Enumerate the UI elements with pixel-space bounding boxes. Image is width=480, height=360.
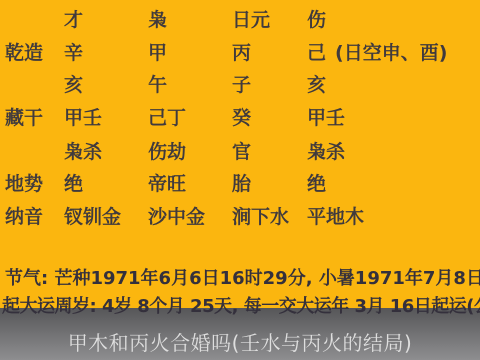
day-branch: 子: [232, 74, 307, 96]
row-label-qianzao: 乾造: [5, 42, 64, 64]
day-hidden-gods: 官: [232, 141, 307, 163]
row-label-canggan: 藏干: [5, 107, 64, 129]
month-hidden-gods: 伤劫: [148, 141, 232, 163]
hour-life-stage: 绝: [307, 173, 480, 195]
hour-hidden-gods: 枭杀: [307, 141, 480, 163]
day-life-stage: 胎: [232, 173, 307, 195]
hour-stem-with-void: 己 (日空申、酉): [307, 42, 480, 64]
row-earthly-branches: 亥 午 子 亥: [0, 74, 480, 98]
row-label-dishi: 地势: [5, 173, 64, 195]
month-ten-god: 枭: [148, 9, 232, 31]
month-branch: 午: [148, 74, 232, 96]
row-life-stage: 地势 绝 帝旺 胎 绝: [0, 173, 480, 197]
hour-nayin: 平地木: [307, 206, 480, 228]
month-nayin: 沙中金: [148, 206, 232, 228]
year-hidden-stems: 甲壬: [64, 107, 148, 129]
hour-hidden-stems: 甲壬: [307, 107, 480, 129]
row-heavenly-stems: 乾造 辛 甲 丙 己 (日空申、酉): [0, 42, 480, 66]
day-hidden-stems: 癸: [232, 107, 307, 129]
bazi-chart-page: 才 枭 日元 伤 乾造 辛 甲 丙 己 (日空申、酉) 亥 午 子 亥 藏干 甲…: [0, 0, 480, 360]
year-branch: 亥: [64, 74, 148, 96]
row-hidden-stems: 藏干 甲壬 己丁 癸 甲壬: [0, 107, 480, 131]
hour-branch: 亥: [307, 74, 480, 96]
month-stem: 甲: [148, 42, 232, 64]
row-nayin: 纳音 钗钏金 沙中金 涧下水 平地木: [0, 206, 480, 230]
page-title: 甲木和丙火合婚吗(壬水与丙火的结局): [68, 327, 413, 356]
luck-cycle-line: 起大运周岁: 4岁 8个月 25天, 每一交大运年 3月 16日起运(公历)。: [2, 297, 480, 317]
month-hidden-stems: 己丁: [148, 107, 232, 129]
row-ten-gods: 才 枭 日元 伤: [0, 9, 480, 33]
year-hidden-gods: 枭杀: [64, 141, 148, 163]
year-nayin: 钗钏金: [64, 206, 148, 228]
row-hidden-ten-gods: 枭杀 伤劫 官 枭杀: [0, 141, 480, 165]
year-stem: 辛: [64, 42, 148, 64]
month-life-stage: 帝旺: [148, 173, 232, 195]
day-nayin: 涧下水: [232, 206, 307, 228]
row-label-nayin: 纳音: [5, 206, 64, 228]
hour-stem: 己: [307, 42, 326, 64]
day-stem: 丙: [232, 42, 307, 64]
hour-ten-god: 伤: [307, 9, 480, 31]
day-master-label: 日元: [232, 9, 307, 31]
year-ten-god: 才: [64, 9, 148, 31]
year-life-stage: 绝: [64, 173, 148, 195]
solar-terms-line: 节气: 芒种1971年6月6日16时29分, 小暑1971年7月8日2时51分: [5, 269, 480, 289]
void-note: (日空申、酉): [335, 42, 447, 64]
